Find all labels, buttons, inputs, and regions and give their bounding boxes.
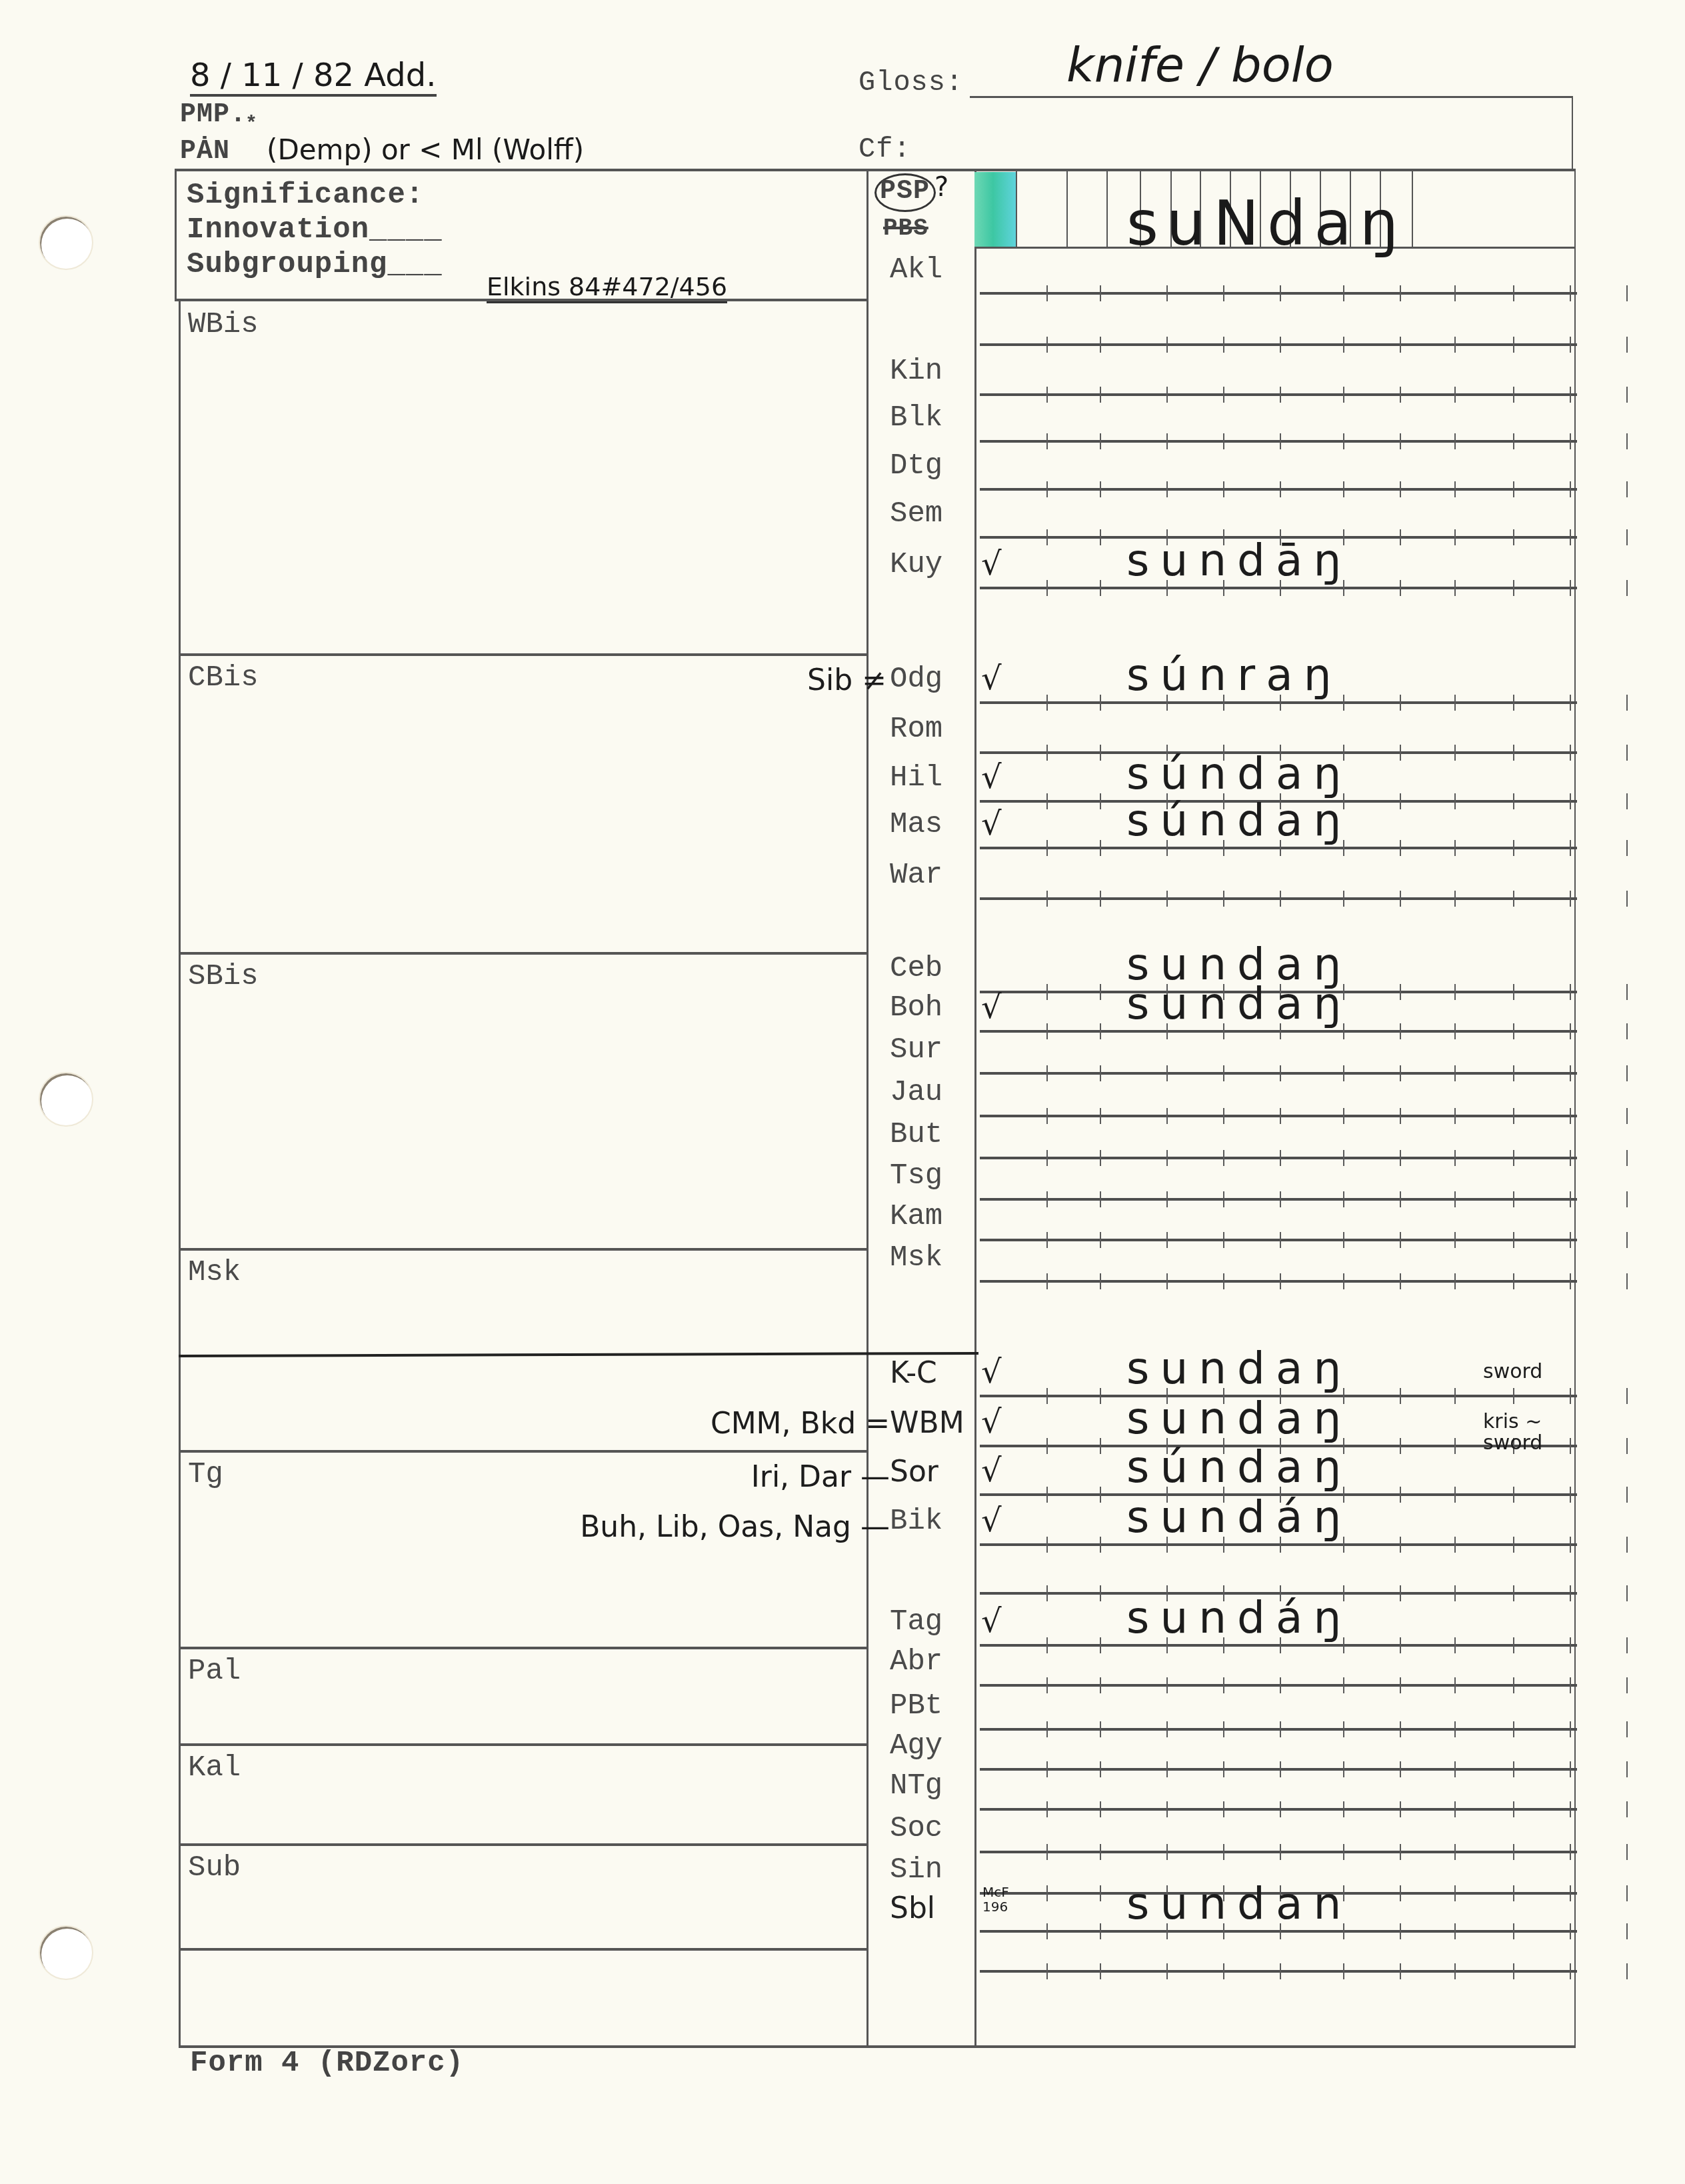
language-code: Hil xyxy=(890,761,976,795)
gloss-note: kris ~ sword xyxy=(1483,1411,1570,1454)
language-code: Sem xyxy=(890,497,976,531)
row-ticks xyxy=(980,847,1577,863)
section-label-msk: Msk xyxy=(188,1256,241,1289)
pmp-label: PMP. xyxy=(180,100,247,130)
proto-cell-divider xyxy=(1016,170,1017,248)
significance-bottom xyxy=(175,299,868,301)
row-ticks xyxy=(980,1543,1577,1559)
language-code: War xyxy=(890,859,976,892)
cf-label: Cf: xyxy=(858,133,911,165)
section-divider xyxy=(179,1647,868,1649)
language-code: Sor xyxy=(890,1455,976,1489)
gloss-underline xyxy=(970,96,1573,98)
significance-title: Significance: xyxy=(187,179,424,212)
gloss-label: Gloss: xyxy=(858,67,963,99)
row-ticks xyxy=(980,343,1577,359)
proto-cell-divider xyxy=(1066,170,1068,248)
language-code: Abr xyxy=(890,1645,976,1679)
check-icon[interactable]: √ xyxy=(981,1353,1002,1391)
row-ticks xyxy=(980,1157,1577,1173)
language-code: Bik xyxy=(890,1505,976,1538)
check-icon[interactable]: √ xyxy=(981,545,1002,583)
check-icon[interactable]: √ xyxy=(981,1502,1002,1539)
proto-cell-divider xyxy=(1412,170,1413,248)
language-code: Sur xyxy=(890,1033,976,1067)
bik-note: Buh, Lib, Oas, Nag — xyxy=(580,1510,890,1544)
row-ticks xyxy=(980,488,1577,504)
check-icon[interactable]: √ xyxy=(981,660,1002,697)
proto-question-mark: ? xyxy=(934,172,948,203)
row-ticks xyxy=(980,1030,1577,1046)
section-divider xyxy=(179,1352,978,1357)
section-label-sbis: SBis xyxy=(188,960,259,993)
frame-left-lower xyxy=(179,300,181,2047)
language-code: K-C xyxy=(890,1356,976,1390)
language-code: Msk xyxy=(890,1241,976,1275)
language-code: Mas xyxy=(890,808,976,841)
row-ticks xyxy=(980,701,1577,717)
pan-note: (Demp) or < Ml (Wolff) xyxy=(267,133,584,166)
row-ticks xyxy=(980,1684,1577,1700)
proto-struck-label: PBS xyxy=(883,215,928,242)
language-code: But xyxy=(890,1118,976,1151)
section-label-tg: Tg xyxy=(188,1458,223,1491)
section-label-pal: Pal xyxy=(188,1655,241,1688)
language-code: Tsg xyxy=(890,1159,976,1193)
right-border-top xyxy=(1572,96,1573,171)
language-code: Ceb xyxy=(890,952,976,985)
reflex-form[interactable]: sundaŋ xyxy=(1126,1343,1352,1394)
language-code: Jau xyxy=(890,1076,976,1109)
language-code: Odg xyxy=(890,663,976,696)
reflex-form[interactable]: súndaŋ xyxy=(1126,1441,1352,1493)
check-icon[interactable]: √ xyxy=(981,1603,1002,1640)
pan-label: PȦN xyxy=(180,137,230,167)
sor-note: Iri, Dar — xyxy=(751,1460,890,1494)
row-ticks xyxy=(980,1930,1577,1946)
check-icon[interactable]: √ xyxy=(981,759,1002,796)
section-divider xyxy=(179,1743,868,1746)
language-code: Boh xyxy=(890,991,976,1025)
reflex-form[interactable]: sundáŋ xyxy=(1126,1592,1352,1643)
wbm-note: CMM, Bkd = xyxy=(711,1407,890,1441)
check-icon[interactable]: √ xyxy=(981,1452,1002,1489)
punch-hole-middle xyxy=(40,1073,92,1125)
row-ticks xyxy=(980,1198,1577,1214)
row-ticks xyxy=(980,1239,1577,1255)
language-code: Sin xyxy=(890,1853,976,1887)
row-ticks xyxy=(980,1851,1577,1867)
row-ticks xyxy=(980,1768,1577,1784)
reflex-form[interactable]: súnraŋ xyxy=(1126,649,1342,701)
section-divider xyxy=(179,952,868,955)
check-icon[interactable]: √ xyxy=(981,1403,1002,1441)
section-label-sub: Sub xyxy=(188,1851,241,1885)
row-ticks xyxy=(980,1970,1577,1986)
name-column-left-border xyxy=(866,169,868,2047)
language-code: WBM xyxy=(890,1406,976,1440)
language-code: Dtg xyxy=(890,449,976,483)
row-ticks xyxy=(980,1644,1577,1660)
section-label-kal: Kal xyxy=(188,1751,241,1785)
reflex-form[interactable]: sundaŋ xyxy=(1126,1393,1352,1444)
reflex-form[interactable]: sundan xyxy=(1126,1878,1352,1929)
section-divider xyxy=(179,1843,868,1846)
source-note: McF 196 xyxy=(982,1885,1009,1914)
row-ticks xyxy=(980,393,1577,409)
row-ticks xyxy=(980,1072,1577,1088)
pmp-star: * xyxy=(245,113,258,136)
language-code: Blk xyxy=(890,401,976,435)
language-code: Sbl xyxy=(890,1891,976,1925)
language-code: Akl xyxy=(890,253,976,287)
check-icon[interactable]: √ xyxy=(981,805,1002,843)
row-ticks xyxy=(980,587,1577,603)
row-ticks xyxy=(980,1280,1577,1296)
highlight-marker xyxy=(974,172,1016,249)
check-icon[interactable]: √ xyxy=(981,989,1002,1026)
section-divider xyxy=(179,1248,868,1251)
language-code: Rom xyxy=(890,713,976,746)
row-ticks xyxy=(980,1728,1577,1744)
row-ticks xyxy=(980,292,1577,308)
language-code: Kin xyxy=(890,355,976,388)
language-code: NTg xyxy=(890,1769,976,1803)
frame-left xyxy=(175,169,177,300)
row-ticks xyxy=(980,1808,1577,1824)
punch-hole-top xyxy=(40,217,92,269)
frame-top xyxy=(175,169,1574,171)
section-divider xyxy=(179,653,868,656)
language-code: PBt xyxy=(890,1689,976,1723)
section-divider xyxy=(179,1450,868,1453)
reflex-form[interactable]: sundāŋ xyxy=(1126,535,1352,586)
row-ticks xyxy=(980,440,1577,456)
form-label: Form 4 (RDZorc) xyxy=(190,2047,464,2080)
language-code: Agy xyxy=(890,1729,976,1763)
proto-label: PSP xyxy=(880,177,930,207)
section-divider xyxy=(179,1948,868,1951)
language-code: Kam xyxy=(890,1200,976,1233)
section-label-cbis: CBis xyxy=(188,661,259,695)
innovation-field[interactable]: Innovation____ xyxy=(187,213,443,247)
row-ticks xyxy=(980,897,1577,913)
cbis-note: Sib ≠ xyxy=(807,663,886,697)
subgrouping-field[interactable]: Subgrouping___ xyxy=(187,248,443,281)
punch-hole-bottom xyxy=(40,1927,92,1979)
date-note: 8 / 11 / 82 Add. xyxy=(190,57,437,97)
language-code: Kuy xyxy=(890,548,976,581)
row-ticks xyxy=(980,1115,1577,1131)
reflex-form[interactable]: súndaŋ xyxy=(1126,748,1352,799)
proto-cell-divider xyxy=(1106,170,1108,248)
language-code: Soc xyxy=(890,1812,976,1845)
gloss-value[interactable]: knife / bolo xyxy=(1066,37,1334,93)
reflex-form[interactable]: sundaŋ xyxy=(1126,978,1352,1029)
reflex-form[interactable]: sundáŋ xyxy=(1126,1491,1352,1543)
proto-reconstruction[interactable]: suNdaŋ xyxy=(1126,188,1406,259)
language-code: Tag xyxy=(890,1605,976,1639)
reflex-form[interactable]: súndaŋ xyxy=(1126,795,1352,846)
section-label-wbis: WBis xyxy=(188,308,259,341)
gloss-note: sword xyxy=(1483,1361,1570,1383)
